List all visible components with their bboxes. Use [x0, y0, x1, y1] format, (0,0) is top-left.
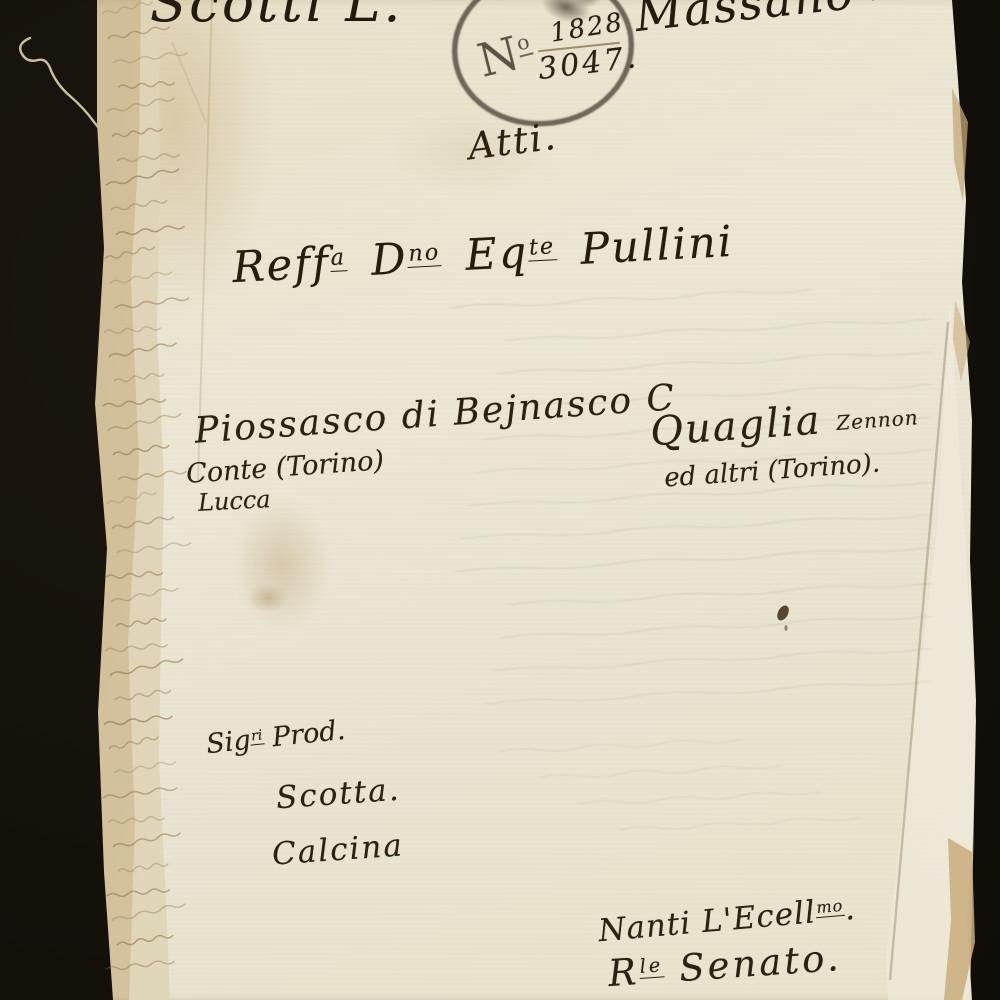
cause-judge-name: Pullini: [579, 217, 735, 275]
manuscript-photo: No 1828 3047. Scotti L. Massano Att.o At…: [0, 0, 1000, 1000]
cause-word-referente: Reffa: [231, 237, 348, 293]
attorney-name-top-left: Scotti L.: [150, 0, 403, 34]
cause-word-domino: Dno: [370, 232, 443, 286]
party-left-note: Lucca: [197, 485, 271, 517]
cause-word-equite: Eqte: [464, 226, 558, 281]
party-right-qualifier: Zennon: [835, 405, 919, 435]
